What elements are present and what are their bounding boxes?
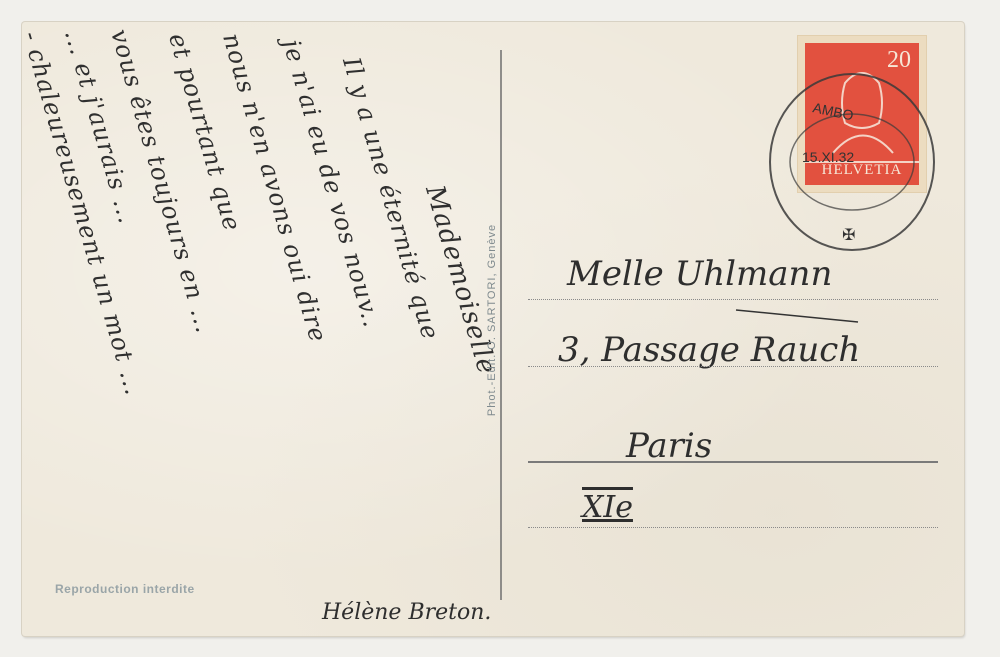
address-arrondissement: XIe xyxy=(582,490,633,525)
address-rule xyxy=(528,366,938,367)
address-rule xyxy=(528,461,938,463)
address-rule xyxy=(528,527,938,528)
address-city: Paris xyxy=(626,426,712,466)
address-street: 3, Passage Rauch xyxy=(558,330,860,370)
postcard: Il y a une éternité que je n'ai eu de vo… xyxy=(22,22,964,636)
underline-stroke-icon xyxy=(22,22,964,636)
